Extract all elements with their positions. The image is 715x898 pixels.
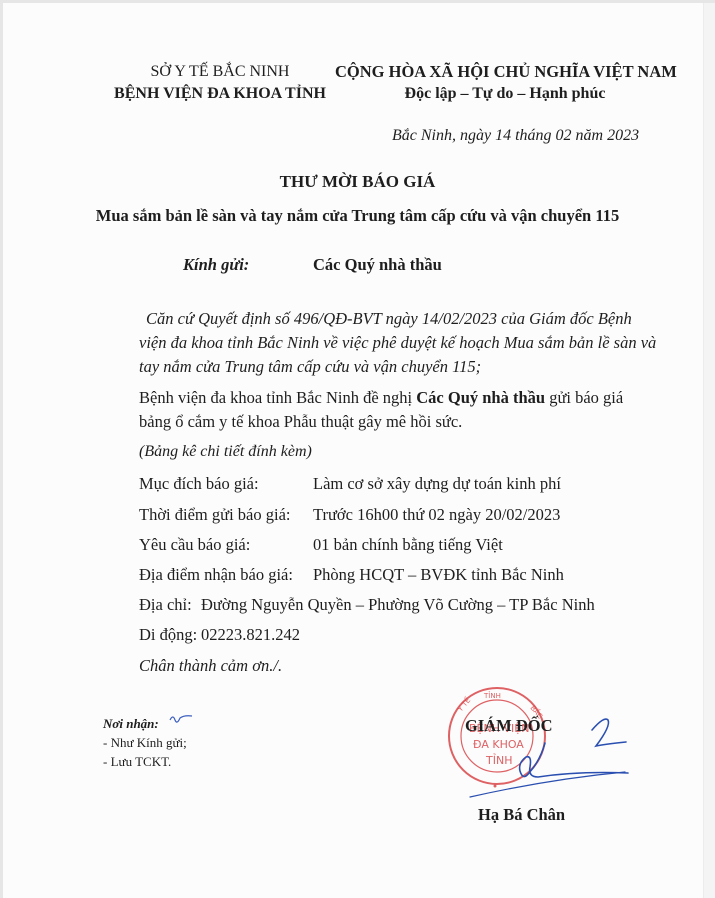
- stamp-line-2: ĐA KHOA: [473, 738, 524, 751]
- svg-text:TỈNH: TỈNH: [483, 691, 501, 700]
- initials-mark: [170, 716, 192, 722]
- signer-name: Hạ Bá Chân: [478, 805, 565, 825]
- director-title: GIÁM ĐỐC: [465, 716, 553, 736]
- stamp-line-3: TỈNH: [485, 753, 512, 767]
- stamp-and-signature: BỆNH VIỆN ĐA KHOA TỈNH TỈNH Y TẾ BẮC: [0, 0, 715, 898]
